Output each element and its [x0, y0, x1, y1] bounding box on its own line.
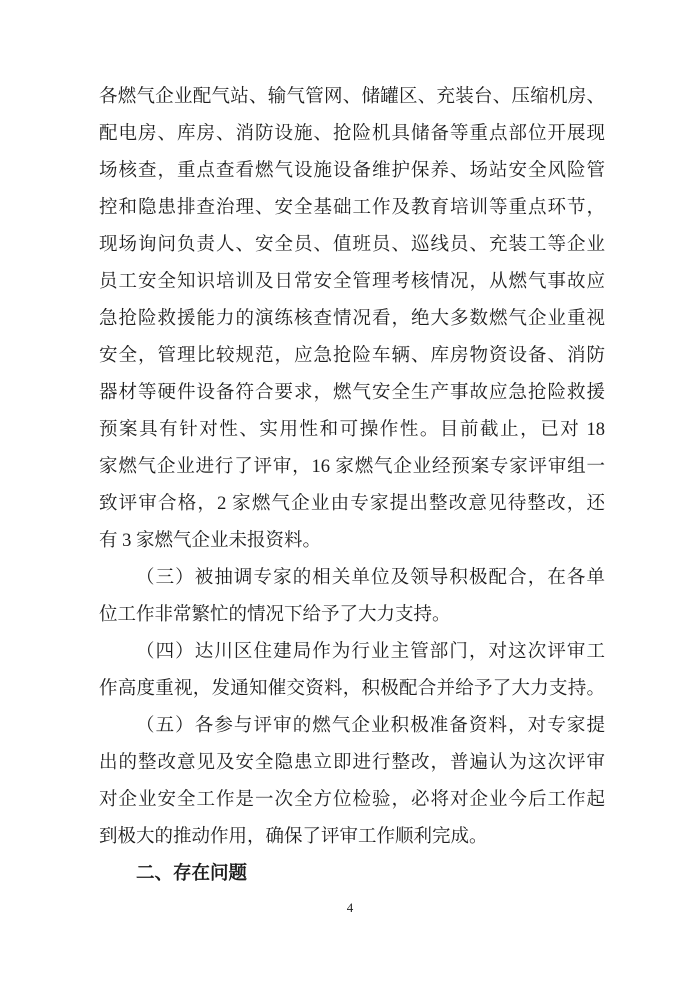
text-line: 家燃气企业进行了评审，16 家燃气企业经预案专家评审组一 — [99, 449, 605, 486]
text-line: 对企业安全工作是一次全方位检验，必将对企业今后工作起 — [99, 782, 605, 819]
text-line: 出的整改意见及安全隐患立即进行整改，普遍认为这次评审 — [99, 745, 605, 782]
document-page: 各燃气企业配气站、输气管网、储罐区、充装台、压缩机房、配电房、库房、消防设施、抢… — [0, 0, 700, 989]
text-line: 场核查，重点查看燃气设施设备维护保养、场站安全风险管 — [99, 153, 605, 190]
text-line: 作高度重视，发通知催交资料，积极配合并给予了大力支持。 — [99, 671, 605, 708]
text-line: 急抢险救援能力的演练核查情况看，绝大多数燃气企业重视 — [99, 301, 605, 338]
text-line: 控和隐患排查治理、安全基础工作及教育培训等重点环节， — [99, 190, 605, 227]
page-number: 4 — [347, 900, 354, 915]
text-line: 器材等硬件设备符合要求，燃气安全生产事故应急抢险救援 — [99, 375, 605, 412]
text-line: 有 3 家燃气企业未报资料。 — [99, 523, 605, 560]
section-heading: 二、存在问题 — [99, 856, 605, 893]
page-footer: 4 — [0, 898, 700, 918]
text-line: 位工作非常繁忙的情况下给予了大力支持。 — [99, 597, 605, 634]
text-line: 到极大的推动作用，确保了评审工作顺利完成。 — [99, 819, 605, 856]
text-line: （四）达川区住建局作为行业主管部门，对这次评审工 — [99, 634, 605, 671]
text-line: 预案具有针对性、实用性和可操作性。目前截止，已对 18 — [99, 412, 605, 449]
text-line: （五）各参与评审的燃气企业积极准备资料，对专家提 — [99, 708, 605, 745]
document-body: 各燃气企业配气站、输气管网、储罐区、充装台、压缩机房、配电房、库房、消防设施、抢… — [99, 79, 605, 893]
text-line: 致评审合格，2 家燃气企业由专家提出整改意见待整改，还 — [99, 486, 605, 523]
text-line: （三）被抽调专家的相关单位及领导积极配合，在各单 — [99, 560, 605, 597]
text-line: 安全，管理比较规范，应急抢险车辆、库房物资设备、消防 — [99, 338, 605, 375]
text-line: 员工安全知识培训及日常安全管理考核情况，从燃气事故应 — [99, 264, 605, 301]
text-line: 配电房、库房、消防设施、抢险机具储备等重点部位开展现 — [99, 116, 605, 153]
text-line: 各燃气企业配气站、输气管网、储罐区、充装台、压缩机房、 — [99, 79, 605, 116]
text-line: 现场询问负责人、安全员、值班员、巡线员、充装工等企业 — [99, 227, 605, 264]
